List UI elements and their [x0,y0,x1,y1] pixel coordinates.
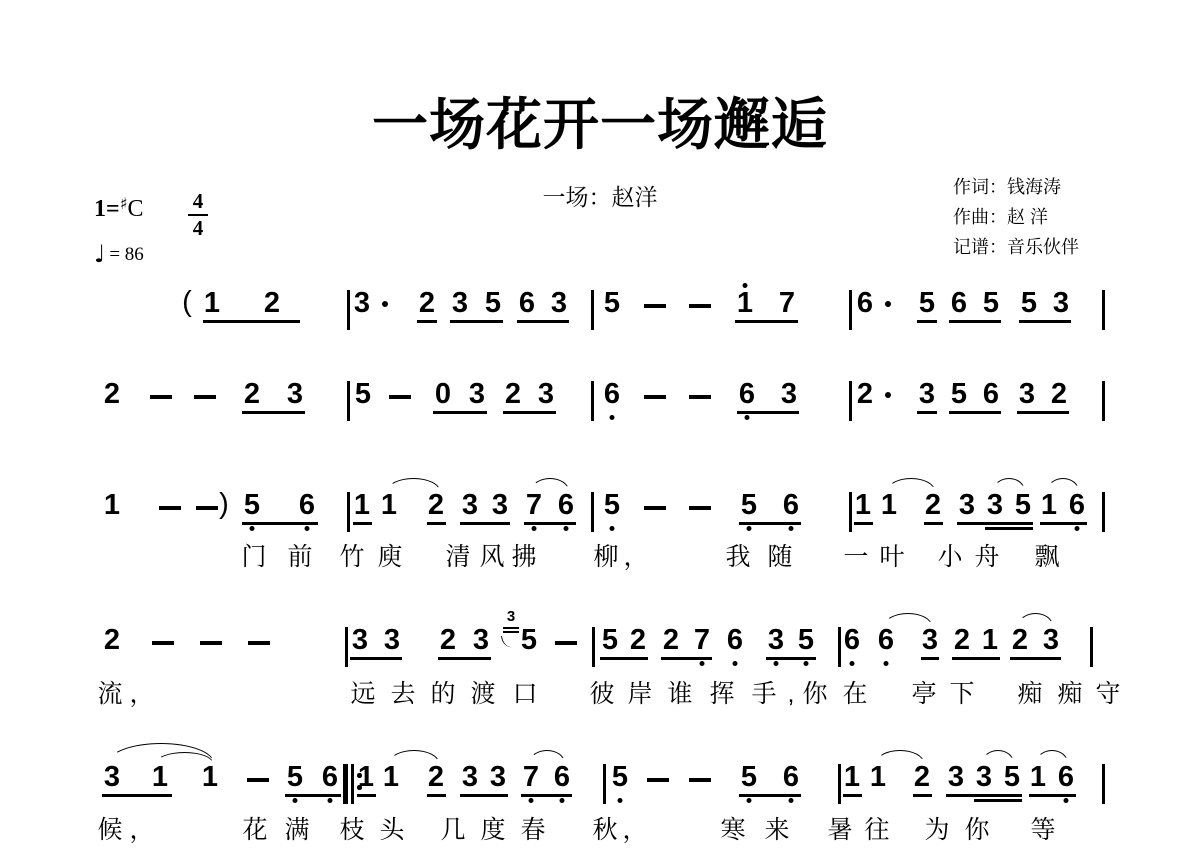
note-digit: 2 [925,491,941,520]
lyric-char: 一 [843,545,868,570]
lyric-char: 拂 [511,545,536,570]
lyric-char: 等 [1030,818,1055,843]
octave-dot-low [293,798,298,803]
close-parenthesis: ) [219,490,229,519]
slur-arc [993,478,1025,491]
beam [735,320,798,323]
beam [1019,320,1071,323]
note-digit: 1 [202,763,218,792]
beam [924,522,943,525]
note-digit: 3 [462,763,478,792]
note-digit: 6 [604,380,620,409]
barline [1102,492,1105,532]
note-digit: 6 [844,626,860,655]
note-digit: 5 [612,763,628,792]
duration-dash [644,395,666,399]
slur-arc [389,750,439,763]
beam [949,320,1001,323]
lyric-char: 渡 [470,682,495,707]
note-digit: 3 [104,763,120,792]
barline [592,627,595,667]
lyric-char: 门 [241,545,266,570]
note-digit: 3 [287,380,303,409]
octave-dot-low [804,661,809,666]
lyric-char: 痴 [1017,682,1042,707]
beam [524,522,576,525]
note-digit: 6 [322,763,338,792]
lyric-char: 远 [350,682,375,707]
duration-dash [152,641,174,645]
lyric-char: 满 [284,818,309,843]
barline [1102,290,1105,330]
lyric-char: 前 [287,545,312,570]
beam [952,657,1000,660]
lyric-char: 候 [97,818,122,843]
beam [460,794,508,797]
open-parenthesis: ( [182,288,192,317]
note-digit: 2 [505,380,521,409]
note-digit: 7 [694,626,710,655]
octave-dot-low [560,798,565,803]
beam [913,794,932,797]
beam [739,794,801,797]
lyric-char: 我 [725,545,750,570]
octave-dot-low [700,661,705,666]
lyric-char: 叶 [879,545,904,570]
lyric-char: 花 [242,818,267,843]
note-digit: 5 [1015,491,1031,520]
octave-dot-low [328,798,333,803]
beam [661,657,712,660]
octave-dot-low [1064,798,1069,803]
note-digit: 2 [104,626,120,655]
lyric-char: 岸 [627,682,652,707]
lyric-char: 头 [379,818,404,843]
note-digit: 3 [959,491,975,520]
augmentation-dot [885,301,891,307]
lyric-char: 度 [480,818,505,843]
note-digit: 1 [383,763,399,792]
grace-beam [503,631,519,633]
beam [242,411,305,414]
octave-dot-low [747,798,752,803]
note-digit: 1 [381,491,397,520]
note-digit: 7 [526,491,542,520]
octave-dot-low [733,661,738,666]
duration-dash [200,641,222,645]
note-digit: 5 [355,380,371,409]
barline [1102,381,1105,421]
beam [766,657,816,660]
duration-dash [150,395,172,399]
lyric-char: 彼 [589,682,614,707]
octave-dot-low [774,661,779,666]
note-digit: 5 [741,491,757,520]
lyric-char: 春 [520,818,545,843]
beam [433,411,487,414]
note-digit: 5 [1021,289,1037,318]
lyric-char: 口 [512,682,537,707]
note-digit: 3 [354,289,370,318]
lyric-char: 在 [842,682,867,707]
lyric-char: 为 [924,818,949,843]
lyric-char: 几 [440,818,465,843]
octave-dot-low [789,526,794,531]
slur-arc [531,478,569,491]
lyric-char: 暑 [827,818,852,843]
slur-arc [884,613,932,626]
note-digit: 0 [435,380,451,409]
beam [427,794,446,797]
note-digit: 2 [244,380,260,409]
beam-double [985,527,1033,530]
duration-dash [555,641,577,645]
note-digit: 3 [1019,380,1035,409]
octave-dot-low [618,798,623,803]
note-digit: 5 [741,763,757,792]
repeat-barline-thin [351,764,354,804]
beam [917,411,937,414]
lyric-char: , [788,682,795,707]
beam [357,794,376,797]
octave-dot-low [305,526,310,531]
octave-dot-low [532,526,537,531]
beam [203,320,300,323]
note-digit: 1 [152,763,168,792]
note-digit: 2 [914,763,930,792]
sheet-music-page: 一场花开一场邂逅 一场：赵洋 作词：钱海涛 作曲：赵 洋 记谱：音乐伙伴 1=♯… [0,0,1200,850]
lyric-char: ， [623,545,648,570]
augmentation-dot [382,301,388,307]
duration-dash [389,395,411,399]
barline [838,764,841,804]
note-digit: 3 [781,380,797,409]
beam [843,794,862,797]
note-digit: 5 [951,380,967,409]
lyric-char: 谁 [667,682,692,707]
octave-dot-low [789,798,794,803]
lyric-char: 清 [445,545,470,570]
slur-arc [529,750,565,763]
beam [739,522,801,525]
barline [1102,764,1105,804]
note-digit: 3 [1053,289,1069,318]
note-digit: 3 [452,289,468,318]
note-digit: 1 [881,491,897,520]
note-digit: 3 [768,626,784,655]
beam [917,320,937,323]
score-area: (12323563517656553223503236632356321)561… [0,0,1200,850]
note-digit: 6 [1058,763,1074,792]
note-digit: 3 [490,763,506,792]
lyric-char: 柳 [593,545,618,570]
beam [102,794,172,797]
lyric-char: 来 [764,818,789,843]
note-digit: 1 [737,289,753,318]
note-digit: 1 [1041,491,1057,520]
note-digit: 7 [523,763,539,792]
note-digit: 6 [783,491,799,520]
beam [460,522,510,525]
note-digit: 6 [983,380,999,409]
note-digit: 5 [287,763,303,792]
beam-double [974,799,1022,802]
lyric-char: 风 [479,545,504,570]
note-digit: 3 [987,491,1003,520]
lyric-char: 去 [390,682,415,707]
note-digit: 2 [954,626,970,655]
beam [350,657,402,660]
lyric-char: 挥 [709,682,734,707]
augmentation-dot [885,392,891,398]
note-digit: 3 [473,626,489,655]
octave-dot-low [1075,526,1080,531]
note-digit: 3 [1043,626,1059,655]
note-digit: 6 [299,491,315,520]
note-digit: 5 [798,626,814,655]
slur-arc [1018,613,1053,626]
note-digit: 1 [844,763,860,792]
barline [849,492,852,532]
lyric-char: 手 [751,682,776,707]
beam [737,411,799,414]
grace-note-digit: 3 [507,609,515,624]
barline [849,290,852,330]
beam [521,794,572,797]
beam [1017,411,1069,414]
lyric-char: 舟 [974,545,999,570]
octave-dot-low [884,661,889,666]
note-digit: 3 [462,491,478,520]
duration-dash [647,778,669,782]
lyric-char: 寒 [720,818,745,843]
note-digit: 1 [204,289,220,318]
note-digit: 6 [739,380,755,409]
note-digit: 1 [354,491,370,520]
barline [1090,627,1093,667]
note-digit: 6 [727,626,743,655]
octave-dot-low [529,798,534,803]
lyric-char: 亭 [911,682,936,707]
lyric-char: ， [129,682,154,707]
barline [603,764,606,804]
note-digit: 5 [602,626,618,655]
note-digit: 3 [352,626,368,655]
octave-dot-low [747,526,752,531]
note-digit: 2 [630,626,646,655]
lyric-char: 枝 [339,818,364,843]
octave-dot-low [610,526,615,531]
lyric-char: 庾 [377,545,402,570]
barline [591,492,594,532]
lyric-char: ， [129,818,154,843]
repeat-barline-thick [343,764,348,804]
note-digit: 1 [104,491,120,520]
note-digit: 5 [1004,763,1020,792]
slur-arc [1047,478,1079,491]
lyric-char: 你 [802,682,827,707]
note-digit: 2 [428,763,444,792]
note-digit: 3 [922,626,938,655]
note-digit: 3 [538,380,554,409]
beam [600,657,648,660]
beam [1010,657,1061,660]
beam [242,522,318,525]
note-digit: 5 [919,289,935,318]
beam [438,657,491,660]
beam [946,794,1022,797]
note-digit: 2 [419,289,435,318]
duration-dash [248,641,270,645]
octave-dot-low [610,415,615,420]
note-digit: 3 [976,763,992,792]
grace-beam [503,627,519,629]
note-digit: 2 [104,380,120,409]
note-digit: 2 [663,626,679,655]
barline [849,381,852,421]
note-digit: 6 [783,763,799,792]
barline [591,290,594,330]
note-digit: 3 [384,626,400,655]
beam [1029,794,1076,797]
duration-dash [644,506,666,510]
beam [949,411,1001,414]
note-digit: 5 [521,626,537,655]
lyric-char: ， [622,818,647,843]
duration-dash [194,395,216,399]
note-digit: 6 [1069,491,1085,520]
duration-dash [689,304,711,308]
barline [838,627,841,667]
octave-dot-low [564,526,569,531]
note-digit: 5 [983,289,999,318]
beam [353,522,372,525]
octave-dot-low [250,526,255,531]
beam [957,522,1033,525]
note-digit: 1 [870,763,886,792]
octave-dot-high [743,283,748,288]
lyric-char: 随 [767,545,792,570]
note-digit: 1 [855,491,871,520]
duration-dash [689,778,711,782]
duration-dash [689,506,711,510]
lyric-char: 秋 [592,818,617,843]
lyric-char: 守 [1095,682,1120,707]
note-digit: 6 [554,763,570,792]
beam [450,320,503,323]
note-digit: 3 [948,763,964,792]
beam [1040,522,1087,525]
note-digit: 6 [878,626,894,655]
note-digit: 1 [982,626,998,655]
note-digit: 2 [440,626,456,655]
duration-dash [247,778,269,782]
barline [347,492,350,532]
beam [427,522,446,525]
lyric-char: 流 [97,682,122,707]
lyric-char: 你 [964,818,989,843]
octave-dot-low [745,415,750,420]
slur-arc [387,478,440,491]
note-digit: 6 [558,491,574,520]
note-digit: 6 [519,289,535,318]
note-digit: 1 [1030,763,1046,792]
note-digit: 7 [779,289,795,318]
beam [503,411,556,414]
note-digit: 6 [857,289,873,318]
note-digit: 6 [951,289,967,318]
duration-dash [644,304,666,308]
note-digit: 5 [604,491,620,520]
duration-dash [196,506,218,510]
grace-slur [501,634,513,649]
barline [591,381,594,421]
slur-arc [982,750,1014,763]
beam [285,794,341,797]
beam [921,657,939,660]
octave-dot-low [850,661,855,666]
note-digit: 3 [492,491,508,520]
duration-dash [689,395,711,399]
lyric-char: 飘 [1034,545,1059,570]
lyric-char: 痴 [1057,682,1082,707]
barline [345,627,348,667]
note-digit: 2 [857,380,873,409]
note-digit: 5 [485,289,501,318]
barline [347,381,350,421]
note-digit: 2 [264,289,280,318]
beam [854,522,873,525]
beam [417,320,437,323]
note-digit: 3 [919,380,935,409]
beam [517,320,569,323]
lyric-char: 的 [430,682,455,707]
note-digit: 5 [244,491,260,520]
note-digit: 1 [358,763,374,792]
duration-dash [159,506,181,510]
note-digit: 2 [1051,380,1067,409]
note-digit: 3 [551,289,567,318]
note-digit: 2 [428,491,444,520]
barline [347,290,350,330]
slur-arc [887,478,935,491]
note-digit: 3 [469,380,485,409]
lyric-char: 竹 [339,545,364,570]
slur-arc [1036,750,1068,763]
note-digit: 2 [1012,626,1028,655]
lyric-char: 下 [949,682,974,707]
lyric-char: 小 [937,545,962,570]
note-digit: 5 [604,289,620,318]
slur-arc [876,750,924,763]
lyric-char: 往 [864,818,889,843]
